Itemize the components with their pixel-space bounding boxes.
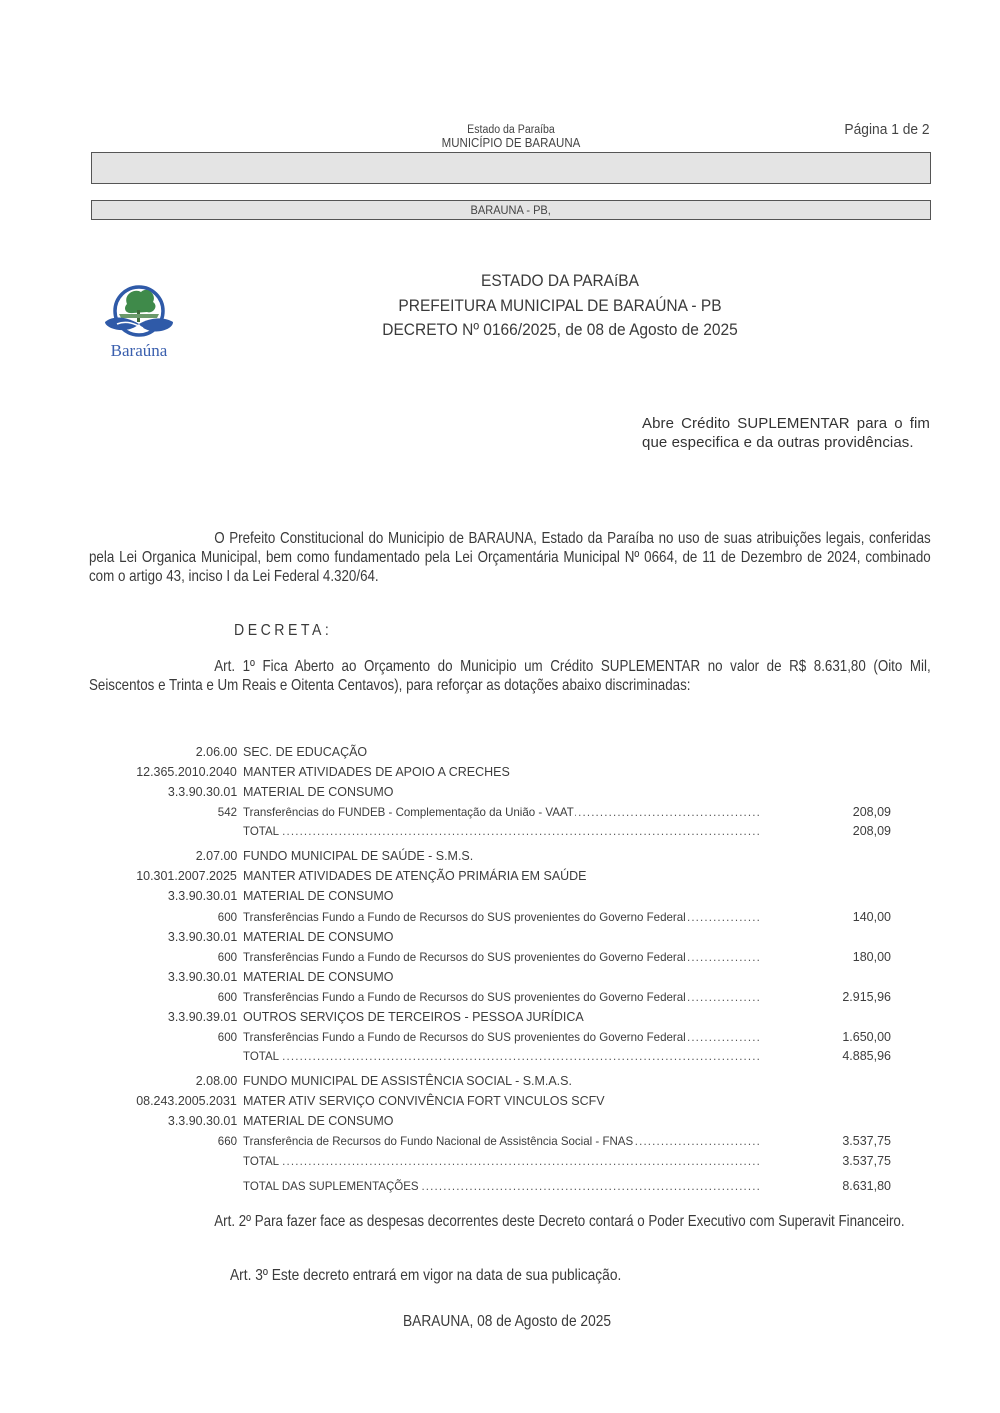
- title-prefeitura: PREFEITURA MUNICIPAL DE BARAÚNA - PB: [316, 297, 805, 316]
- budget-description: MANTER ATIVIDADES DE APOIO A CRECHES: [243, 762, 510, 782]
- budget-code: 660: [218, 1131, 237, 1151]
- budget-amount: 208,09: [853, 821, 891, 841]
- budget-row-unit: 2.06.00SEC. DE EDUCAÇÃO: [0, 742, 1000, 762]
- article-2: Art. 2º Para fazer face as despesas deco…: [89, 1212, 931, 1231]
- budget-row-element: 3.3.90.30.01MATERIAL DE CONSUMO: [0, 967, 1000, 987]
- budget-description: MANTER ATIVIDADES DE ATENÇÃO PRIMÁRIA EM…: [243, 866, 587, 886]
- municipal-logo: Baraúna: [99, 280, 179, 362]
- svg-text:Baraúna: Baraúna: [111, 341, 168, 360]
- budget-description: MATERIAL DE CONSUMO: [243, 967, 393, 987]
- budget-code: 3.3.90.39.01: [168, 1007, 237, 1027]
- budget-description: FUNDO MUNICIPAL DE ASSISTÊNCIA SOCIAL - …: [243, 1071, 572, 1091]
- budget-amount: 3.537,75: [842, 1151, 891, 1171]
- budget-row-total: ........................................…: [0, 1151, 1000, 1171]
- budget-row-grand-total: ........................................…: [0, 1176, 1000, 1196]
- budget-row-action: 10.301.2007.2025MANTER ATIVIDADES DE ATE…: [0, 866, 1000, 886]
- budget-row-total: ........................................…: [0, 821, 1000, 841]
- header-municipality: MUNICÍPIO DE BARAUNA: [41, 137, 981, 150]
- decreta-heading: DECRETA:: [234, 622, 332, 640]
- budget-amount: 1.650,00: [842, 1027, 891, 1047]
- budget-code: 10.301.2007.2025: [136, 866, 237, 886]
- budget-row-unit: 2.07.00FUNDO MUNICIPAL DE SAÚDE - S.M.S.: [0, 846, 1000, 866]
- intro-paragraph: O Prefeito Constitucional do Municipio d…: [89, 529, 931, 586]
- budget-code: 3.3.90.30.01: [168, 1111, 237, 1131]
- budget-amount: 3.537,75: [842, 1131, 891, 1151]
- budget-row-source: 542.....................................…: [0, 802, 1000, 822]
- budget-code: 3.3.90.30.01: [168, 886, 237, 906]
- article-3: Art. 3º Este decreto entrará em vigor na…: [230, 1267, 621, 1285]
- budget-code: 2.07.00: [195, 846, 237, 866]
- budget-row-action: 08.243.2005.2031MATER ATIV SERVIÇO CONVI…: [0, 1091, 1000, 1111]
- budget-row-unit: 2.08.00FUNDO MUNICIPAL DE ASSISTÊNCIA SO…: [0, 1071, 1000, 1091]
- budget-code: 542: [218, 802, 237, 822]
- budget-code: 08.243.2005.2031: [136, 1091, 237, 1111]
- article-1-text: Art. 1º Fica Aberto ao Orçamento do Muni…: [89, 658, 931, 694]
- intro-text: O Prefeito Constitucional do Municipio d…: [89, 530, 931, 585]
- header-blank-box: [91, 152, 931, 184]
- budget-code: 3.3.90.30.01: [168, 967, 237, 987]
- dot-leader: ........................................…: [243, 1046, 761, 1066]
- budget-description: ........................................…: [243, 1027, 761, 1047]
- budget-description: MATERIAL DE CONSUMO: [243, 927, 393, 947]
- budget-description: ........................................…: [243, 1151, 761, 1171]
- budget-description: ........................................…: [243, 1131, 761, 1151]
- budget-row-element: 3.3.90.30.01MATERIAL DE CONSUMO: [0, 927, 1000, 947]
- title-decree-number: DECRETO Nº 0166/2025, de 08 de Agosto de…: [316, 321, 805, 340]
- budget-row-source: 600.....................................…: [0, 947, 1000, 967]
- budget-row-source: 660.....................................…: [0, 1131, 1000, 1151]
- budget-row-element: 3.3.90.39.01OUTROS SERVIÇOS DE TERCEIROS…: [0, 1007, 1000, 1027]
- municipal-logo-tree-hands-icon: Baraúna: [99, 280, 179, 362]
- budget-code: 12.365.2010.2040: [136, 762, 237, 782]
- page-indicator: Página 1 de 2: [845, 121, 930, 138]
- budget-description: ........................................…: [243, 802, 761, 822]
- budget-amount: 140,00: [853, 907, 891, 927]
- title-state: ESTADO DA PARAíBA: [316, 272, 805, 291]
- budget-row-element: 3.3.90.30.01MATERIAL DE CONSUMO: [0, 782, 1000, 802]
- budget-code: 3.3.90.30.01: [168, 782, 237, 802]
- article-1: Art. 1º Fica Aberto ao Orçamento do Muni…: [89, 657, 931, 695]
- budget-row-source: 600.....................................…: [0, 1027, 1000, 1047]
- budget-code: 2.06.00: [195, 742, 237, 762]
- budget-description: MATER ATIV SERVIÇO CONVIVÊNCIA FORT VINC…: [243, 1091, 605, 1111]
- budget-description: ........................................…: [243, 987, 761, 1007]
- budget-row-source: 600.....................................…: [0, 907, 1000, 927]
- budget-description: OUTROS SERVIÇOS DE TERCEIROS - PESSOA JU…: [243, 1007, 584, 1027]
- budget-code: 600: [218, 1027, 237, 1047]
- budget-description: MATERIAL DE CONSUMO: [243, 1111, 393, 1131]
- decree-summary: Abre Crédito SUPLEMENTAR para o fim que …: [642, 414, 930, 452]
- budget-amount: 2.915,96: [842, 987, 891, 1007]
- header-state: Estado da Paraíba: [41, 124, 981, 136]
- location-text: BARAUNA - PB,: [471, 201, 551, 219]
- budget-row-total: ........................................…: [0, 1046, 1000, 1066]
- budget-description: ........................................…: [243, 821, 761, 841]
- budget-description: ........................................…: [243, 947, 761, 967]
- budget-description: MATERIAL DE CONSUMO: [243, 782, 393, 802]
- budget-description: MATERIAL DE CONSUMO: [243, 886, 393, 906]
- signature-place-date: BARAUNA, 08 de Agosto de 2025: [71, 1313, 943, 1331]
- budget-description: ........................................…: [243, 1176, 761, 1196]
- budget-code: 600: [218, 907, 237, 927]
- budget-description: ........................................…: [243, 1046, 761, 1066]
- budget-row-source: 600.....................................…: [0, 987, 1000, 1007]
- header-location-bar: BARAUNA - PB,: [91, 200, 931, 220]
- budget-code: 600: [218, 947, 237, 967]
- budget-description: ........................................…: [243, 907, 761, 927]
- budget-row-element: 3.3.90.30.01MATERIAL DE CONSUMO: [0, 886, 1000, 906]
- budget-description: FUNDO MUNICIPAL DE SAÚDE - S.M.S.: [243, 846, 473, 866]
- article-2-text: Art. 2º Para fazer face as despesas deco…: [214, 1213, 904, 1230]
- budget-row-element: 3.3.90.30.01MATERIAL DE CONSUMO: [0, 1111, 1000, 1131]
- budget-code: 2.08.00: [195, 1071, 237, 1091]
- dot-leader: ........................................…: [243, 821, 761, 841]
- budget-description: SEC. DE EDUCAÇÃO: [243, 742, 367, 762]
- budget-amount: 208,09: [853, 802, 891, 822]
- budget-row-action: 12.365.2010.2040MANTER ATIVIDADES DE APO…: [0, 762, 1000, 782]
- budget-code: 3.3.90.30.01: [168, 927, 237, 947]
- budget-amount: 180,00: [853, 947, 891, 967]
- budget-amount: 8.631,80: [842, 1176, 891, 1196]
- dot-leader: ........................................…: [243, 1151, 761, 1171]
- budget-amount: 4.885,96: [842, 1046, 891, 1066]
- budget-code: 600: [218, 987, 237, 1007]
